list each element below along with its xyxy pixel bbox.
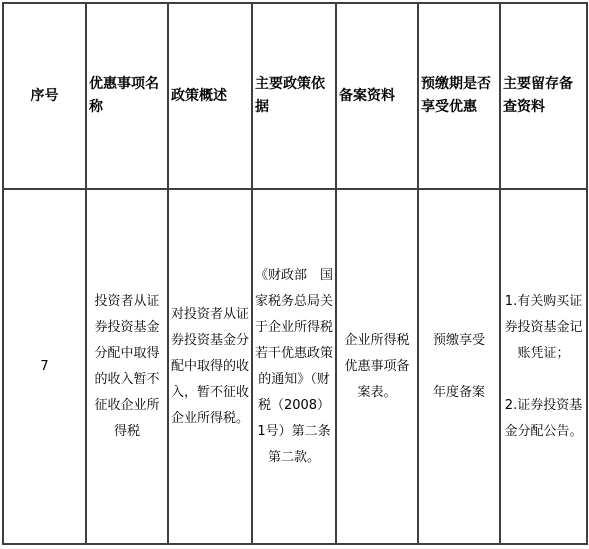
retained-materials-item-1: 1.有关购买证券投资基金记账凭证； <box>503 289 584 367</box>
col-header-policy-basis: 主要政策依据 <box>252 3 336 189</box>
tax-preference-filing-table: 序号 优惠事项名称 政策概述 主要政策依据 备案资料 预缴期是否享受优惠 主要留… <box>2 2 588 545</box>
cell-serial-number: 7 <box>3 189 86 544</box>
prepayment-line-2: 年度备案 <box>421 380 497 406</box>
cell-item-name: 投资者从证券投资基金分配中取得的收入暂不征收企业所得税 <box>86 189 168 544</box>
cell-prepayment-preference: 预缴享受 年度备案 <box>418 189 500 544</box>
col-header-item-name: 优惠事项名称 <box>86 3 168 189</box>
table-row: 7 投资者从证券投资基金分配中取得的收入暂不征收企业所得税 对投资者从证券投资基… <box>3 189 587 544</box>
col-header-retained-materials: 主要留存备查资料 <box>500 3 587 189</box>
cell-policy-basis: 《财政部 国家税务总局关于企业所得税若干优惠政策的通知》（财税（2008）1号）… <box>252 189 336 544</box>
cell-retained-materials: 1.有关购买证券投资基金记账凭证； 2.证券投资基金分配公告。 <box>500 189 587 544</box>
cell-policy-summary: 对投资者从证券投资基金分配中取得的收入，暂不征收企业所得税。 <box>168 189 252 544</box>
prepayment-line-1: 预缴享受 <box>421 328 497 354</box>
col-header-prepayment-preference: 预缴期是否享受优惠 <box>418 3 500 189</box>
col-header-serial-number: 序号 <box>3 3 86 189</box>
col-header-filing-materials: 备案资料 <box>336 3 418 189</box>
header-row: 序号 优惠事项名称 政策概述 主要政策依据 备案资料 预缴期是否享受优惠 主要留… <box>3 3 587 189</box>
retained-materials-item-2: 2.证券投资基金分配公告。 <box>503 393 584 445</box>
col-header-policy-summary: 政策概述 <box>168 3 252 189</box>
cell-filing-materials: 企业所得税优惠事项备案表。 <box>336 189 418 544</box>
